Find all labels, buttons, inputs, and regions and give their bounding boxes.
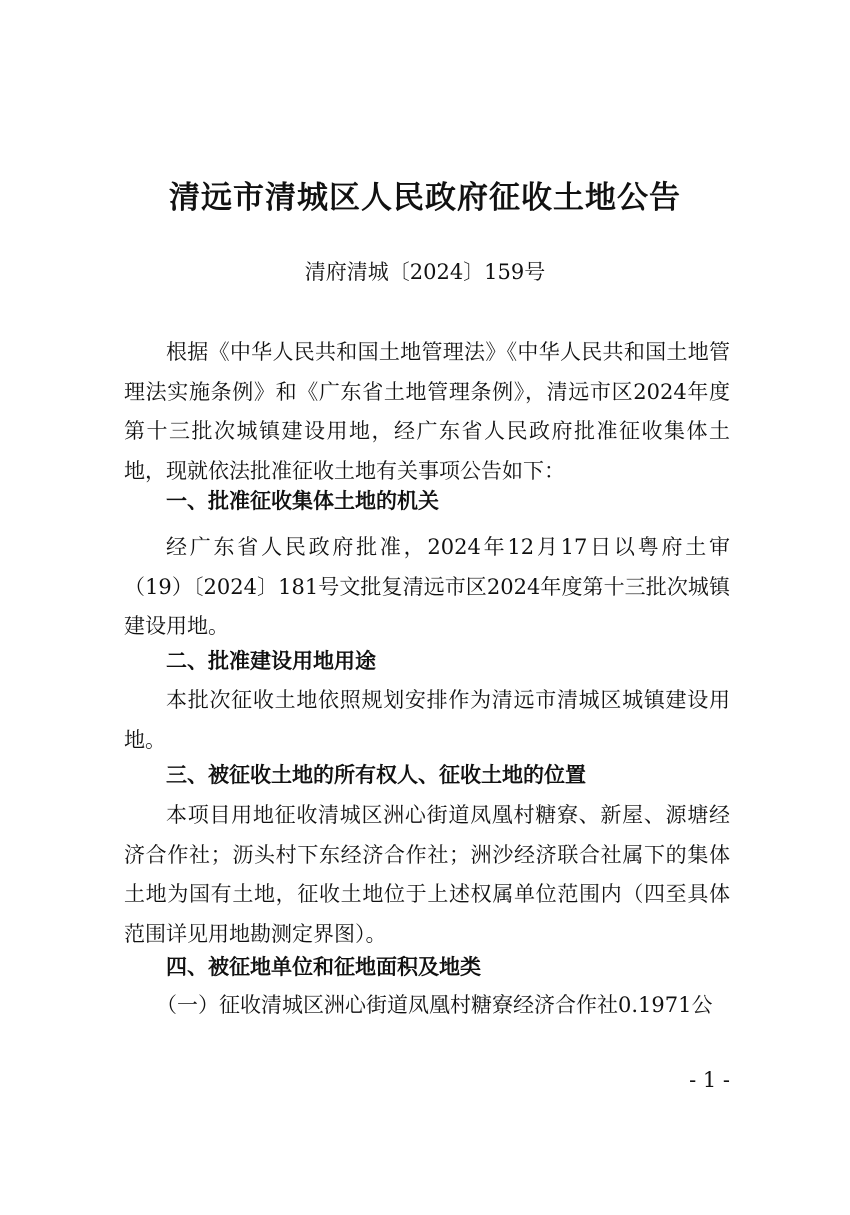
- section-body-2: 本批次征收土地依照规划安排作为清远市清城区城镇建设用地。: [124, 681, 730, 760]
- section-body-4: （一）征收清城区洲心街道凤凰村糖寮经济合作社0.1971公: [124, 986, 730, 1026]
- document-title: 清远市清城区人民政府征收土地公告: [0, 172, 850, 217]
- section-heading-3: 三、被征收土地的所有权人、征收土地的位置: [166, 760, 586, 790]
- page-number: - 1 -: [689, 1068, 730, 1092]
- section-heading-1: 一、批准征收集体土地的机关: [166, 486, 439, 516]
- intro-paragraph: 根据《中华人民共和国土地管理法》《中华人民共和国土地管理法实施条例》和《广东省土…: [124, 333, 730, 491]
- section-body-1: 经广东省人民政府批准，2024年12月17日以粤府土审（19）〔2024〕181…: [124, 528, 730, 647]
- document-number: 清府清城〔2024〕159号: [0, 256, 850, 286]
- section-body-3: 本项目用地征收清城区洲心街道凤凰村糖寮、新屋、源塘经济合作社；沥头村下东经济合作…: [124, 796, 730, 954]
- section-heading-4: 四、被征地单位和征地面积及地类: [166, 952, 481, 982]
- section-heading-2: 二、批准建设用地用途: [166, 646, 376, 676]
